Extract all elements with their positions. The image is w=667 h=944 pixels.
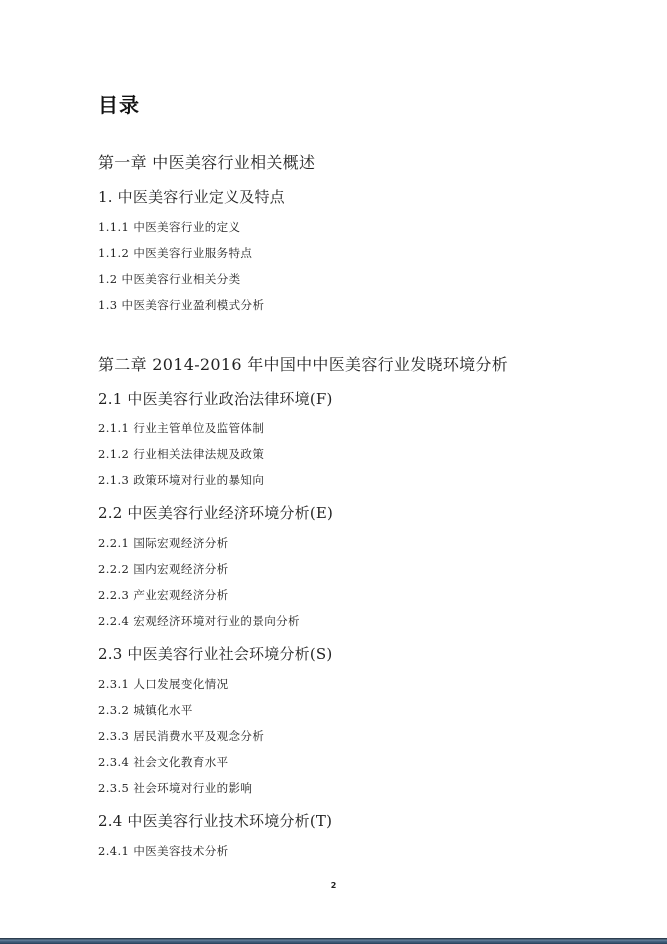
toc-section-2-4[interactable]: 2.4 中医美容行业技术环境分析(T) xyxy=(98,810,332,831)
document-page: 目录 第一章 中医美容行业相关概述 1. 中医美容行业定义及特点 1.1.1 中… xyxy=(0,0,667,938)
toc-section-2-1[interactable]: 2.1 中医美容行业政治法律环境(F) xyxy=(98,388,333,409)
toc-chapter-1[interactable]: 第一章 中医美容行业相关概述 xyxy=(98,150,315,173)
toc-title: 目录 xyxy=(98,89,140,118)
toc-section-2-2[interactable]: 2.2 中医美容行业经济环境分析(E) xyxy=(98,502,333,523)
toc-subsection-1-2[interactable]: 1.2 中医美容行业相关分类 xyxy=(98,271,241,287)
toc-subsection-2-3-3[interactable]: 2.3.3 居民消费水平及观念分析 xyxy=(98,728,264,744)
page-number: 2 xyxy=(0,881,667,890)
toc-subsection-1-1-1[interactable]: 1.1.1 中医美容行业的定义 xyxy=(98,219,240,235)
toc-subsection-2-3-2[interactable]: 2.3.2 城镇化水平 xyxy=(98,702,193,718)
toc-subsection-2-1-3[interactable]: 2.1.3 政策环境对行业的暴知向 xyxy=(98,472,264,488)
toc-subsection-1-3[interactable]: 1.3 中医美容行业盈利模式分析 xyxy=(98,297,264,313)
toc-subsection-1-1-2[interactable]: 1.1.2 中医美容行业服务特点 xyxy=(98,245,252,261)
toc-subsection-2-3-1[interactable]: 2.3.1 人口发展变化情况 xyxy=(98,676,229,692)
toc-subsection-2-2-3[interactable]: 2.2.3 产业宏观经济分析 xyxy=(98,587,229,603)
toc-subsection-2-3-5[interactable]: 2.3.5 社会环境对行业的影响 xyxy=(98,780,252,796)
toc-subsection-2-3-4[interactable]: 2.3.4 社会文化教育水平 xyxy=(98,754,229,770)
toc-chapter-2[interactable]: 第二章 2014-2016 年中国中中医美容行业发晓环境分析 xyxy=(98,352,508,375)
toc-subsection-2-4-1[interactable]: 2.4.1 中医美容技术分析 xyxy=(98,843,229,859)
toc-section-2-3[interactable]: 2.3 中医美容行业社会环境分析(S) xyxy=(98,643,332,664)
toc-subsection-2-2-1[interactable]: 2.2.1 国际宏观经济分析 xyxy=(98,535,229,551)
page-bottom-divider xyxy=(0,938,667,944)
toc-subsection-2-2-2[interactable]: 2.2.2 国内宏观经济分析 xyxy=(98,561,229,577)
toc-section-1[interactable]: 1. 中医美容行业定义及特点 xyxy=(98,186,285,207)
toc-subsection-2-1-1[interactable]: 2.1.1 行业主管单位及监管体制 xyxy=(98,420,264,436)
toc-subsection-2-1-2[interactable]: 2.1.2 行业相关法律法规及政策 xyxy=(98,446,264,462)
toc-subsection-2-2-4[interactable]: 2.2.4 宏观经济环境对行业的景向分析 xyxy=(98,613,300,629)
